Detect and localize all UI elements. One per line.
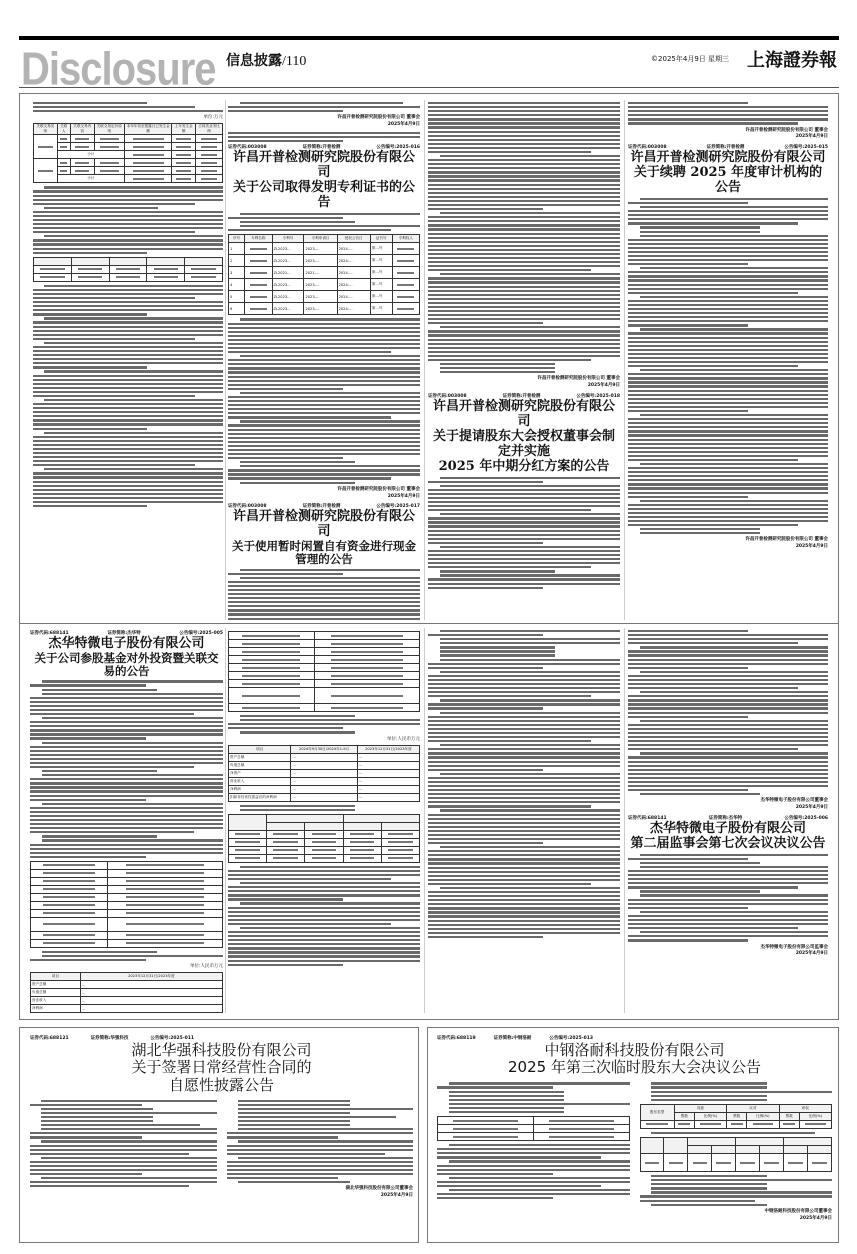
th: 关联交易定价原则 — [94, 124, 124, 135]
th: 项目 — [31, 973, 81, 981]
th: 序号 — [229, 235, 245, 243]
date: 2025年4月9日 — [640, 1216, 833, 1223]
announcement-meta: 证券代码:003008 证券简称:开普检测 公告编号:2025-018 — [428, 393, 620, 399]
date: 2025年4月9日 — [227, 1193, 414, 1200]
table-row: 1ZL2023…2023-…2024-…第…号 — [229, 243, 420, 255]
td: … — [357, 793, 419, 801]
company-name: 杰华特微电子股份有限公司 — [628, 822, 828, 837]
body-text — [33, 285, 223, 507]
date: 2025年4月9日 — [628, 134, 828, 141]
table-row: 资产总额… — [31, 981, 223, 989]
td: … — [357, 785, 419, 793]
stock-code: 证券代码:003008 — [428, 393, 467, 399]
table-row: 营业收入… — [31, 997, 223, 1005]
left-top-column: 单位:万元 关联交易类别 关联人 关联交易内容 关联交易定价原则 本年年初至披露… — [33, 100, 223, 620]
body-text — [628, 854, 828, 942]
table-row — [34, 135, 223, 143]
td: 负债总额 — [229, 761, 291, 769]
stock-abbr: 证券简称:杰华特 — [709, 815, 742, 821]
body-text-left — [437, 1081, 630, 1226]
announcement-title: 2025 年第三次临时股东大会决议公告 — [437, 1059, 832, 1076]
th: 股东类型 — [640, 1104, 674, 1120]
td: 第…号 — [370, 279, 392, 291]
body-text-right: 湖北华强科技股份有限公司董事会2025年4月9日 — [227, 1098, 414, 1203]
td: 负债总额 — [31, 989, 81, 997]
body-text — [628, 198, 828, 535]
table-row: 扣除非经常性损益后的净利润…… — [229, 793, 420, 801]
td: … — [291, 769, 358, 777]
date: 2025年4月9日 — [628, 951, 828, 958]
body-text — [228, 318, 420, 483]
date: 2025年4月9日 — [628, 805, 828, 812]
table-row: 4ZL2023…2023-…2024-…第…号 — [229, 279, 420, 291]
body-text-left — [30, 1098, 217, 1203]
subtotal: 小计 — [57, 175, 124, 183]
th: 弃权 — [779, 1104, 831, 1112]
body-text — [228, 866, 420, 966]
td: ZL2023… — [272, 279, 304, 291]
th: 项目 — [229, 745, 291, 753]
th: 票数 — [727, 1112, 747, 1120]
signature: 许昌开普检测研究院股份有限公司 董事会 — [228, 487, 420, 494]
td: … — [357, 761, 419, 769]
td: 3 — [229, 267, 245, 279]
body-text — [228, 569, 420, 620]
announcement-number: 公告编号:2025-006 — [784, 815, 828, 821]
vote-table-2 — [640, 1137, 833, 1172]
td: 2024-… — [337, 291, 370, 303]
td: … — [80, 997, 222, 1005]
td: ZL2023… — [272, 243, 304, 255]
td: 资产总额 — [31, 981, 81, 989]
td: 第…号 — [370, 255, 392, 267]
financial-table: 项目 2024年9月30日/2024年1-9月 2023年12月31日/2023… — [228, 745, 420, 802]
company-name: 许昌开普检测研究院股份有限公司 — [228, 510, 420, 540]
masthead: Disclosure 信息披露/110 ©2025年4月9日 星期三 上海證券報 — [19, 40, 839, 87]
stock-abbr: 证券简称:中钢洛耐 — [494, 1035, 532, 1041]
announcement-jiehua-fund-continued: 单位:人民币万元 项目 2024年9月30日/2024年1-9月 2023年12… — [228, 628, 420, 1016]
stock-abbr: 证券简称:华强科技 — [91, 1035, 129, 1041]
announcement-title-line-2: 2025 年中期分红方案的公告 — [428, 460, 620, 475]
table-row: 负债总额… — [31, 989, 223, 997]
table-row: 营业收入…… — [229, 777, 420, 785]
unit-label: 单位:人民币万元 — [228, 736, 420, 742]
th: 上年发生金额 — [172, 124, 196, 135]
stock-code: 证券代码:688141 — [628, 815, 667, 821]
section-name: 信息披露 — [226, 53, 282, 69]
announcement-zhonggang: 证券代码:688119 证券简称:中钢洛耐 公告编号:2025-013 中钢洛耐… — [437, 1033, 832, 1238]
announcement-cash-management-continued: 许昌开普检测研究院股份有限公司 董事会2025年4月9日 证券代码:003008… — [428, 100, 620, 620]
th: 本年年初至披露日已发生金额 — [124, 124, 171, 135]
th: 专利申请日 — [304, 235, 337, 243]
td: 资产总额 — [229, 753, 291, 761]
td: 2023-… — [304, 255, 337, 267]
table-row: 资产总额…… — [229, 753, 420, 761]
announcement-patent: 许昌开普检测研究院股份有限公司 董事会2025年4月9日 证券代码:003008… — [228, 100, 420, 620]
vote-table: 股东类型 同意 反对 弃权 票数 比例(%) 票数 比例(%) 票数 比例(%) — [640, 1104, 833, 1129]
td: 净利润 — [229, 785, 291, 793]
unit-label: 单位:人民币万元 — [30, 963, 223, 969]
td: … — [357, 769, 419, 777]
table-row: 3ZL2021…2021-…2024-…第…号 — [229, 267, 420, 279]
td: 2023-… — [304, 291, 337, 303]
section-title: 信息披露/110 — [226, 50, 306, 70]
announcement-title-line-1: 关于签署日常经营性合同的 — [30, 1059, 413, 1076]
th: 专利号 — [272, 235, 304, 243]
td: 营业收入 — [229, 777, 291, 785]
company-name: 许昌开普检测研究院股份有限公司 — [628, 151, 828, 166]
th: 2023年12月31日/2023年度 — [357, 745, 419, 753]
th: 比例(%) — [747, 1112, 779, 1120]
announcement-jiehua-fund: 证券代码:688141 证券简称:杰华特 公告编号:2025-005 杰华特微电… — [30, 628, 223, 1016]
dateline: ©2025年4月9日 星期三 — [651, 54, 729, 64]
subtotal: 小计 — [57, 151, 124, 159]
stock-code: 证券代码:688119 — [437, 1035, 476, 1041]
td: ZL2023… — [272, 255, 304, 267]
date: 2025年4月9日 — [228, 122, 420, 129]
td: … — [357, 753, 419, 761]
th: 比例(%) — [694, 1112, 726, 1120]
fund-structure-table — [228, 814, 420, 863]
paper-name: 上海證券報 — [747, 46, 837, 72]
page-number: /110 — [282, 54, 306, 69]
td: … — [291, 785, 358, 793]
financial-table: 项目2023年12月31日/2023年度 资产总额… 负债总额… 营业收入… 净… — [30, 972, 223, 1013]
td: … — [357, 777, 419, 785]
td: 4 — [229, 279, 245, 291]
td: 净资产 — [229, 769, 291, 777]
date: 2025年4月9日 — [628, 544, 828, 551]
company-name: 湖北华强科技股份有限公司 — [30, 1042, 413, 1059]
td: 2024-… — [337, 303, 370, 315]
announcement-title-line-1: 关于提请股东大会授权董事会制定并实施 — [428, 430, 620, 460]
td: 2024-… — [337, 243, 370, 255]
table-row — [34, 159, 223, 167]
td: 2023-… — [304, 243, 337, 255]
td: 第…号 — [370, 267, 392, 279]
table-row: 负债总额…… — [229, 761, 420, 769]
th: 同意 — [674, 1104, 726, 1112]
announcement-title: 关于续聘 2025 年度审计机构的公告 — [628, 166, 828, 196]
related-transaction-table: 关联交易类别 关联人 关联交易内容 关联交易定价原则 本年年初至披露日已发生金额… — [33, 123, 223, 183]
td: 2021-… — [304, 267, 337, 279]
td: … — [291, 793, 358, 801]
td: … — [80, 1005, 222, 1013]
th: 占同类业务比例 — [195, 124, 222, 135]
td: 营业收入 — [31, 997, 81, 1005]
td: 第…号 — [370, 243, 392, 255]
table-row: 5ZL2023…2023-…2024-…第…号 — [229, 291, 420, 303]
announcement-title: 第二届监事会第七次会议决议公告 — [628, 837, 828, 852]
th: 关联交易类别 — [34, 124, 58, 135]
table-row: 小计 — [34, 175, 223, 183]
table-row — [34, 143, 223, 151]
th: 授权公告日 — [337, 235, 370, 243]
announcement-meta: 证券代码:688141 证券简称:杰华特 公告编号:2025-006 — [628, 815, 828, 821]
th: 关联交易内容 — [70, 124, 94, 135]
td: … — [291, 753, 358, 761]
small-table — [33, 257, 223, 282]
td: 5 — [229, 291, 245, 303]
table-row: 净利润… — [31, 1005, 223, 1013]
th: 反对 — [727, 1104, 779, 1112]
th: 专利权人 — [392, 235, 420, 243]
signature: 中钢洛耐科技股份有限公司董事会 — [640, 1209, 833, 1216]
date: 2025年4月9日 — [428, 383, 620, 390]
announcement-jiehua-supervisory: 杰华特微电子股份有限公司董事会2025年4月9日 证券代码:688141 证券简… — [628, 628, 828, 1016]
partner-info-table — [228, 631, 420, 712]
th: 专利名称 — [245, 235, 272, 243]
table-row: 2ZL2023…2023-…2024-…第…号 — [229, 255, 420, 267]
td: 6 — [229, 303, 245, 315]
td: 扣除非经常性损益后的净利润 — [229, 793, 291, 801]
body-text — [428, 102, 620, 373]
td: … — [80, 989, 222, 997]
th: 2023年12月31日/2023年度 — [80, 973, 222, 981]
company-name: 杰华特微电子股份有限公司 — [30, 637, 223, 652]
th: 票数 — [674, 1112, 694, 1120]
body-text — [428, 630, 620, 938]
table-row: 6ZL2023…2023-…2024-…第…号 — [229, 303, 420, 315]
td: ZL2021… — [272, 267, 304, 279]
table-row: 净资产…… — [229, 769, 420, 777]
body-text-right: 股东类型 同意 反对 弃权 票数 比例(%) 票数 比例(%) 票数 比例(%) — [640, 1081, 833, 1226]
table-row — [34, 167, 223, 175]
stock-code: 证券代码:688121 — [30, 1035, 69, 1041]
patent-table: 序号 专利名称 专利号 专利申请日 授权公告日 证书号 专利权人 1ZL2023… — [228, 234, 420, 315]
announcement-number: 公告编号:2025-018 — [576, 393, 620, 399]
td: ZL2023… — [272, 291, 304, 303]
td: 第…号 — [370, 291, 392, 303]
td: 2024-… — [337, 279, 370, 291]
td: 第…号 — [370, 303, 392, 315]
td: ZL2023… — [272, 303, 304, 315]
td: 2023-… — [304, 303, 337, 315]
company-name: 许昌开普检测研究院股份有限公司 — [428, 400, 620, 430]
announcement-title: 关于公司参股基金对外投资暨关联交易的公告 — [30, 652, 223, 678]
fund-info-table — [30, 861, 223, 948]
td: … — [291, 777, 358, 785]
body-text — [30, 680, 223, 858]
td: 2024-… — [337, 255, 370, 267]
td: … — [291, 761, 358, 769]
td: 2023-… — [304, 279, 337, 291]
th: 比例(%) — [799, 1112, 831, 1120]
body-text — [33, 186, 223, 253]
announcement-title: 关于公司取得发明专利证书的公告 — [228, 181, 420, 211]
stock-abbr: 证券简称:开普检测 — [503, 393, 541, 399]
td: 净利润 — [31, 1005, 81, 1013]
th: 票数 — [779, 1112, 799, 1120]
announcement-title-line-2: 自愿性披露公告 — [30, 1077, 413, 1094]
body-text — [628, 630, 828, 795]
body-text — [428, 477, 620, 589]
masthead-bottom-rule — [19, 87, 839, 88]
th: 关联人 — [57, 124, 70, 135]
unit-label: 单位:万元 — [33, 114, 223, 120]
td: 2 — [229, 255, 245, 267]
announcement-huaqiang: 证券代码:688121 证券简称:华强科技 公告编号:2025-011 湖北华强… — [30, 1033, 413, 1238]
td: … — [80, 981, 222, 989]
th: 2024年9月30日/2024年1-9月 — [291, 745, 358, 753]
date: 2025年4月9日 — [228, 494, 420, 501]
company-name: 中钢洛耐科技股份有限公司 — [437, 1042, 832, 1059]
table-row: 净利润…… — [229, 785, 420, 793]
announcement-title: 关于使用暂时闲置自有资金进行现金管理的公告 — [228, 540, 420, 566]
meeting-info-table — [437, 1116, 630, 1141]
table-row: 小计 — [34, 151, 223, 159]
td: 1 — [229, 243, 245, 255]
th: 证书号 — [370, 235, 392, 243]
td: 2024-… — [337, 267, 370, 279]
announcement-auditor: 许昌开普检测研究院股份有限公司 董事会2025年4月9日 证券代码:003008… — [628, 100, 828, 620]
announcement-jiehua-fund-terms — [428, 628, 620, 1016]
company-name: 许昌开普检测研究院股份有限公司 — [228, 151, 420, 181]
